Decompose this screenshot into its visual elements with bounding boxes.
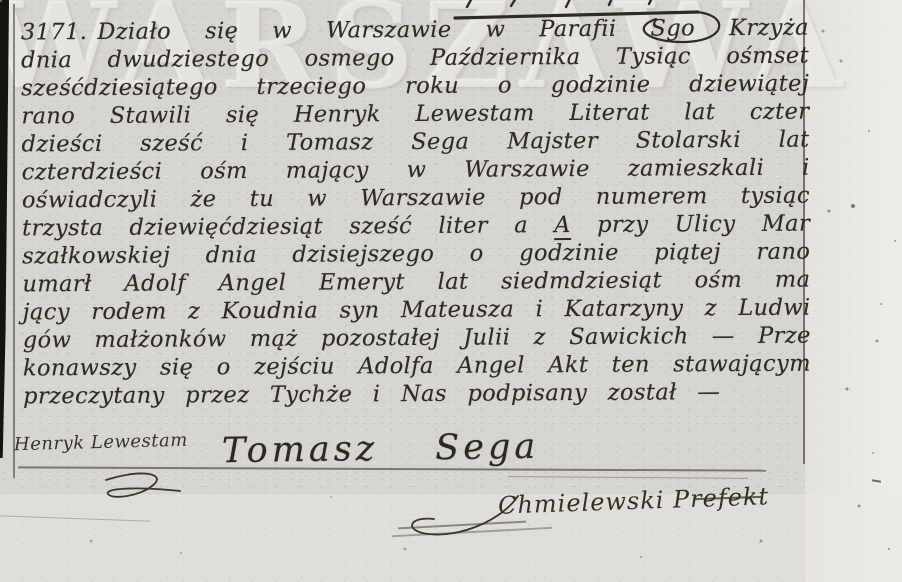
official-signature-flourish	[398, 492, 608, 548]
record-text-block: 3171.Działo się w Warszawie w Parafii Sg…	[21, 14, 811, 411]
faint-line-right	[508, 476, 748, 479]
signature-henryk-lewestam: Henryk Lewestam	[14, 430, 188, 456]
record-number: 3171.	[21, 19, 98, 45]
underlined-letter-a: A	[554, 212, 571, 240]
lewestam-flourish	[88, 466, 208, 512]
record-line-14: przeczytany przez Tychże i Nas podpisany…	[23, 378, 811, 411]
left-margin-line	[13, 4, 15, 478]
document-page: WARSZAWA 3171.Działo się w Warszawie w P…	[0, 0, 902, 582]
paper-specks	[0, 0, 2, 2]
signature-tomasz-sega: Tomasz Sega	[222, 427, 540, 471]
scan-edge-strip	[0, 0, 9, 458]
record-line-1-text: Działo się w Warszawie w Parafii Sgo Krz…	[97, 15, 809, 45]
